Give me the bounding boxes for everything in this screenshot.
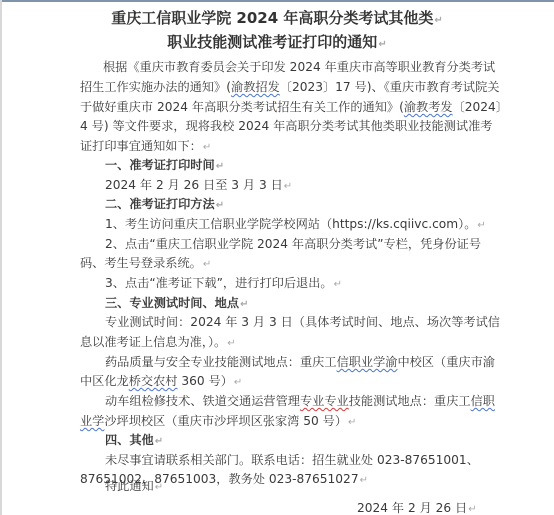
section-2-step-1: 1、考生访问重庆工信职业学院学校网站（https://ks.cqiivc.com… — [105, 216, 486, 234]
paragraph-mark-icon: ↵ — [203, 259, 211, 270]
intro-line-3: 于做好重庆市 2024 年高职分类考试招生有关工作的通知》(渝教考发〔2024〕 — [80, 99, 508, 115]
paragraph-mark-icon: ↵ — [468, 504, 476, 515]
spellcheck-underline[interactable]: 业学 — [80, 414, 104, 428]
document-date: 2024 年 2 月 26 日↵ — [357, 500, 477, 515]
paragraph-mark-icon: ↵ — [360, 475, 368, 486]
section-3-time-line-1: 专业测试时间：2024 年 3 月 3 日（具体考试时间、地点、场次等考试信 — [105, 314, 500, 330]
section-2-step-3: 3、点击“准考证下载”，进行打印后退出。↵ — [105, 275, 342, 293]
paragraph-mark-icon: ↵ — [348, 417, 356, 428]
paragraph-mark-icon: ↵ — [334, 279, 342, 290]
section-2-step-2-line-2: 码、考生号登录系统。↵ — [80, 255, 211, 273]
spellcheck-underline[interactable]: 桥交农村 — [129, 374, 178, 388]
paragraph-mark-icon: ↵ — [227, 338, 235, 349]
paragraph-mark-icon: ↵ — [378, 39, 386, 50]
section-2-step-2-line-1: 2、点击“重庆工信职业学院 2024 年高职分类考试”专栏，凭身份证号 — [105, 236, 481, 252]
intro-line-4: 4 号) 等文件要求，现将我校 2024 年高职分类考试其他类职业技能测试准考 — [80, 118, 492, 134]
section-1-text: 2024 年 2 月 26 日至 3 月 3 日↵ — [105, 177, 292, 195]
section-3-location-2-line-2: 业学沙坪坝校区（重庆市沙坪坝区张家湾 50 号）↵ — [80, 413, 356, 431]
paragraph-mark-icon: ↵ — [155, 482, 163, 493]
paragraph-mark-icon: ↵ — [240, 299, 248, 310]
intro-line-1: 根据《重庆市教育委员会关于印发 2024 年重庆市高等职业教育分类考试 — [103, 59, 495, 75]
spellcheck-underline[interactable]: 渝教招发 — [231, 80, 280, 94]
paragraph-mark-icon: ↵ — [477, 220, 485, 231]
document-page: 重庆工信职业学院 2024 年高职分类考试其他类↵ 职业技能测试准考证打印的通知… — [0, 0, 554, 515]
paragraph-mark-icon: ↵ — [234, 377, 242, 388]
paragraph-mark-icon: ↵ — [203, 142, 211, 153]
closing-text: 特此通知↵ — [105, 478, 163, 496]
section-3-time-line-2: 息以准考证上信息为准，）。↵ — [80, 334, 236, 352]
title-line-1: 重庆工信职业学院 2024 年高职分类考试其他类↵ — [0, 7, 554, 28]
section-2-heading: 二、准考证打印方法↵ — [105, 196, 224, 214]
section-4-contact-line-1: 未尽事宜请联系相关部门。联系电话：招生就业处 023-87651001、 — [105, 452, 479, 468]
section-3-location-1-line-2: 中区化龙桥交农村 360 号）↵ — [80, 373, 242, 391]
spellcheck-underline[interactable]: 信职业学渝 — [337, 355, 398, 369]
spellcheck-error-underline[interactable]: 专业专业 — [300, 394, 349, 408]
paragraph-mark-icon: ↵ — [434, 15, 442, 26]
section-3-heading: 三、专业测试时间、地点↵ — [105, 295, 248, 313]
paragraph-mark-icon: ↵ — [216, 200, 224, 211]
spellcheck-underline[interactable]: 信职 — [471, 394, 495, 408]
spellcheck-underline[interactable]: 渝教考发 — [404, 100, 453, 114]
intro-line-5: 证打印事宜通知如下：↵ — [80, 138, 211, 156]
intro-line-2: 招生工作实施办法的通知》(渝教招发〔2023〕17 号)、《重庆市教育考试院关 — [80, 79, 499, 95]
section-3-location-2-line-1: 动车组检修技术、铁道交通运营管理专业专业技能测试地点：重庆工信职 — [105, 393, 495, 409]
title-line-2: 职业技能测试准考证打印的通知↵ — [0, 31, 554, 52]
paragraph-mark-icon: ↵ — [216, 161, 224, 172]
section-4-heading: 四、其他↵ — [105, 432, 163, 450]
section-3-location-1-line-1: 药品质量与安全专业技能测试地点：重庆工信职业学渝中校区（重庆市渝 — [105, 354, 495, 370]
paragraph-mark-icon: ↵ — [155, 436, 163, 447]
section-1-heading: 一、准考证打印时间↵ — [105, 157, 224, 175]
paragraph-mark-icon: ↵ — [284, 181, 292, 192]
